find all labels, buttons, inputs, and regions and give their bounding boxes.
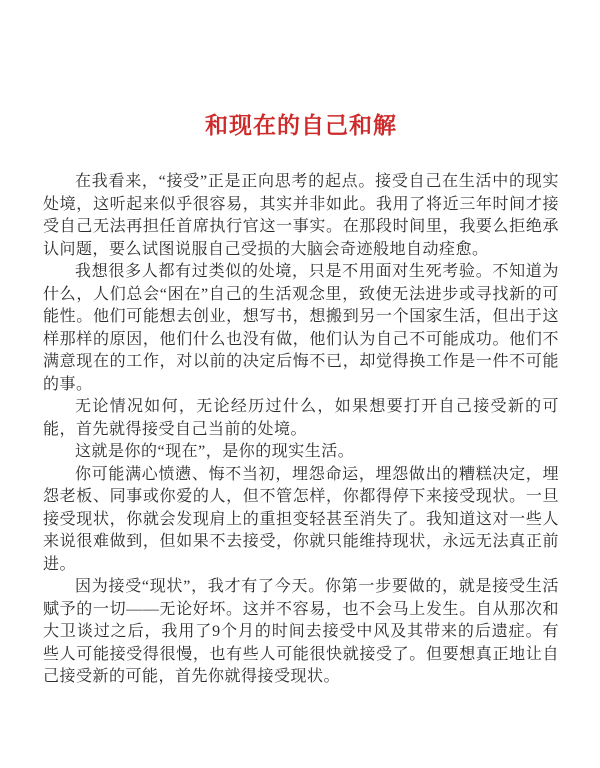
paragraph: 我想很多人都有过类似的处境，只是不用面对生死考验。不知道为什么，人们总会“困在”… [43, 261, 559, 396]
paragraph: 这就是你的“现在”，是你的现实生活。 [43, 441, 559, 464]
page-title: 和现在的自己和解 [43, 110, 559, 141]
document-page: 和现在的自己和解 在我看来，“接受”正是正向思考的起点。接受自己在生活中的现实处… [0, 0, 600, 768]
paragraph: 因为接受“现状”，我才有了今天。你第一步要做的，就是接受生活赋予的一切——无论好… [43, 576, 559, 689]
paragraph: 你可能满心愤懑、悔不当初，埋怨命运，埋怨做出的糟糕决定，埋怨老板、同事或你爱的人… [43, 464, 559, 577]
document-body-text: 在我看来，“接受”正是正向思考的起点。接受自己在生活中的现实处境，这听起来似乎很… [43, 171, 559, 689]
paragraph: 无论情况如何，无论经历过什么，如果想要打开自己接受新的可能，首先就得接受自己当前… [43, 396, 559, 441]
paragraph: 在我看来，“接受”正是正向思考的起点。接受自己在生活中的现实处境，这听起来似乎很… [43, 171, 559, 261]
